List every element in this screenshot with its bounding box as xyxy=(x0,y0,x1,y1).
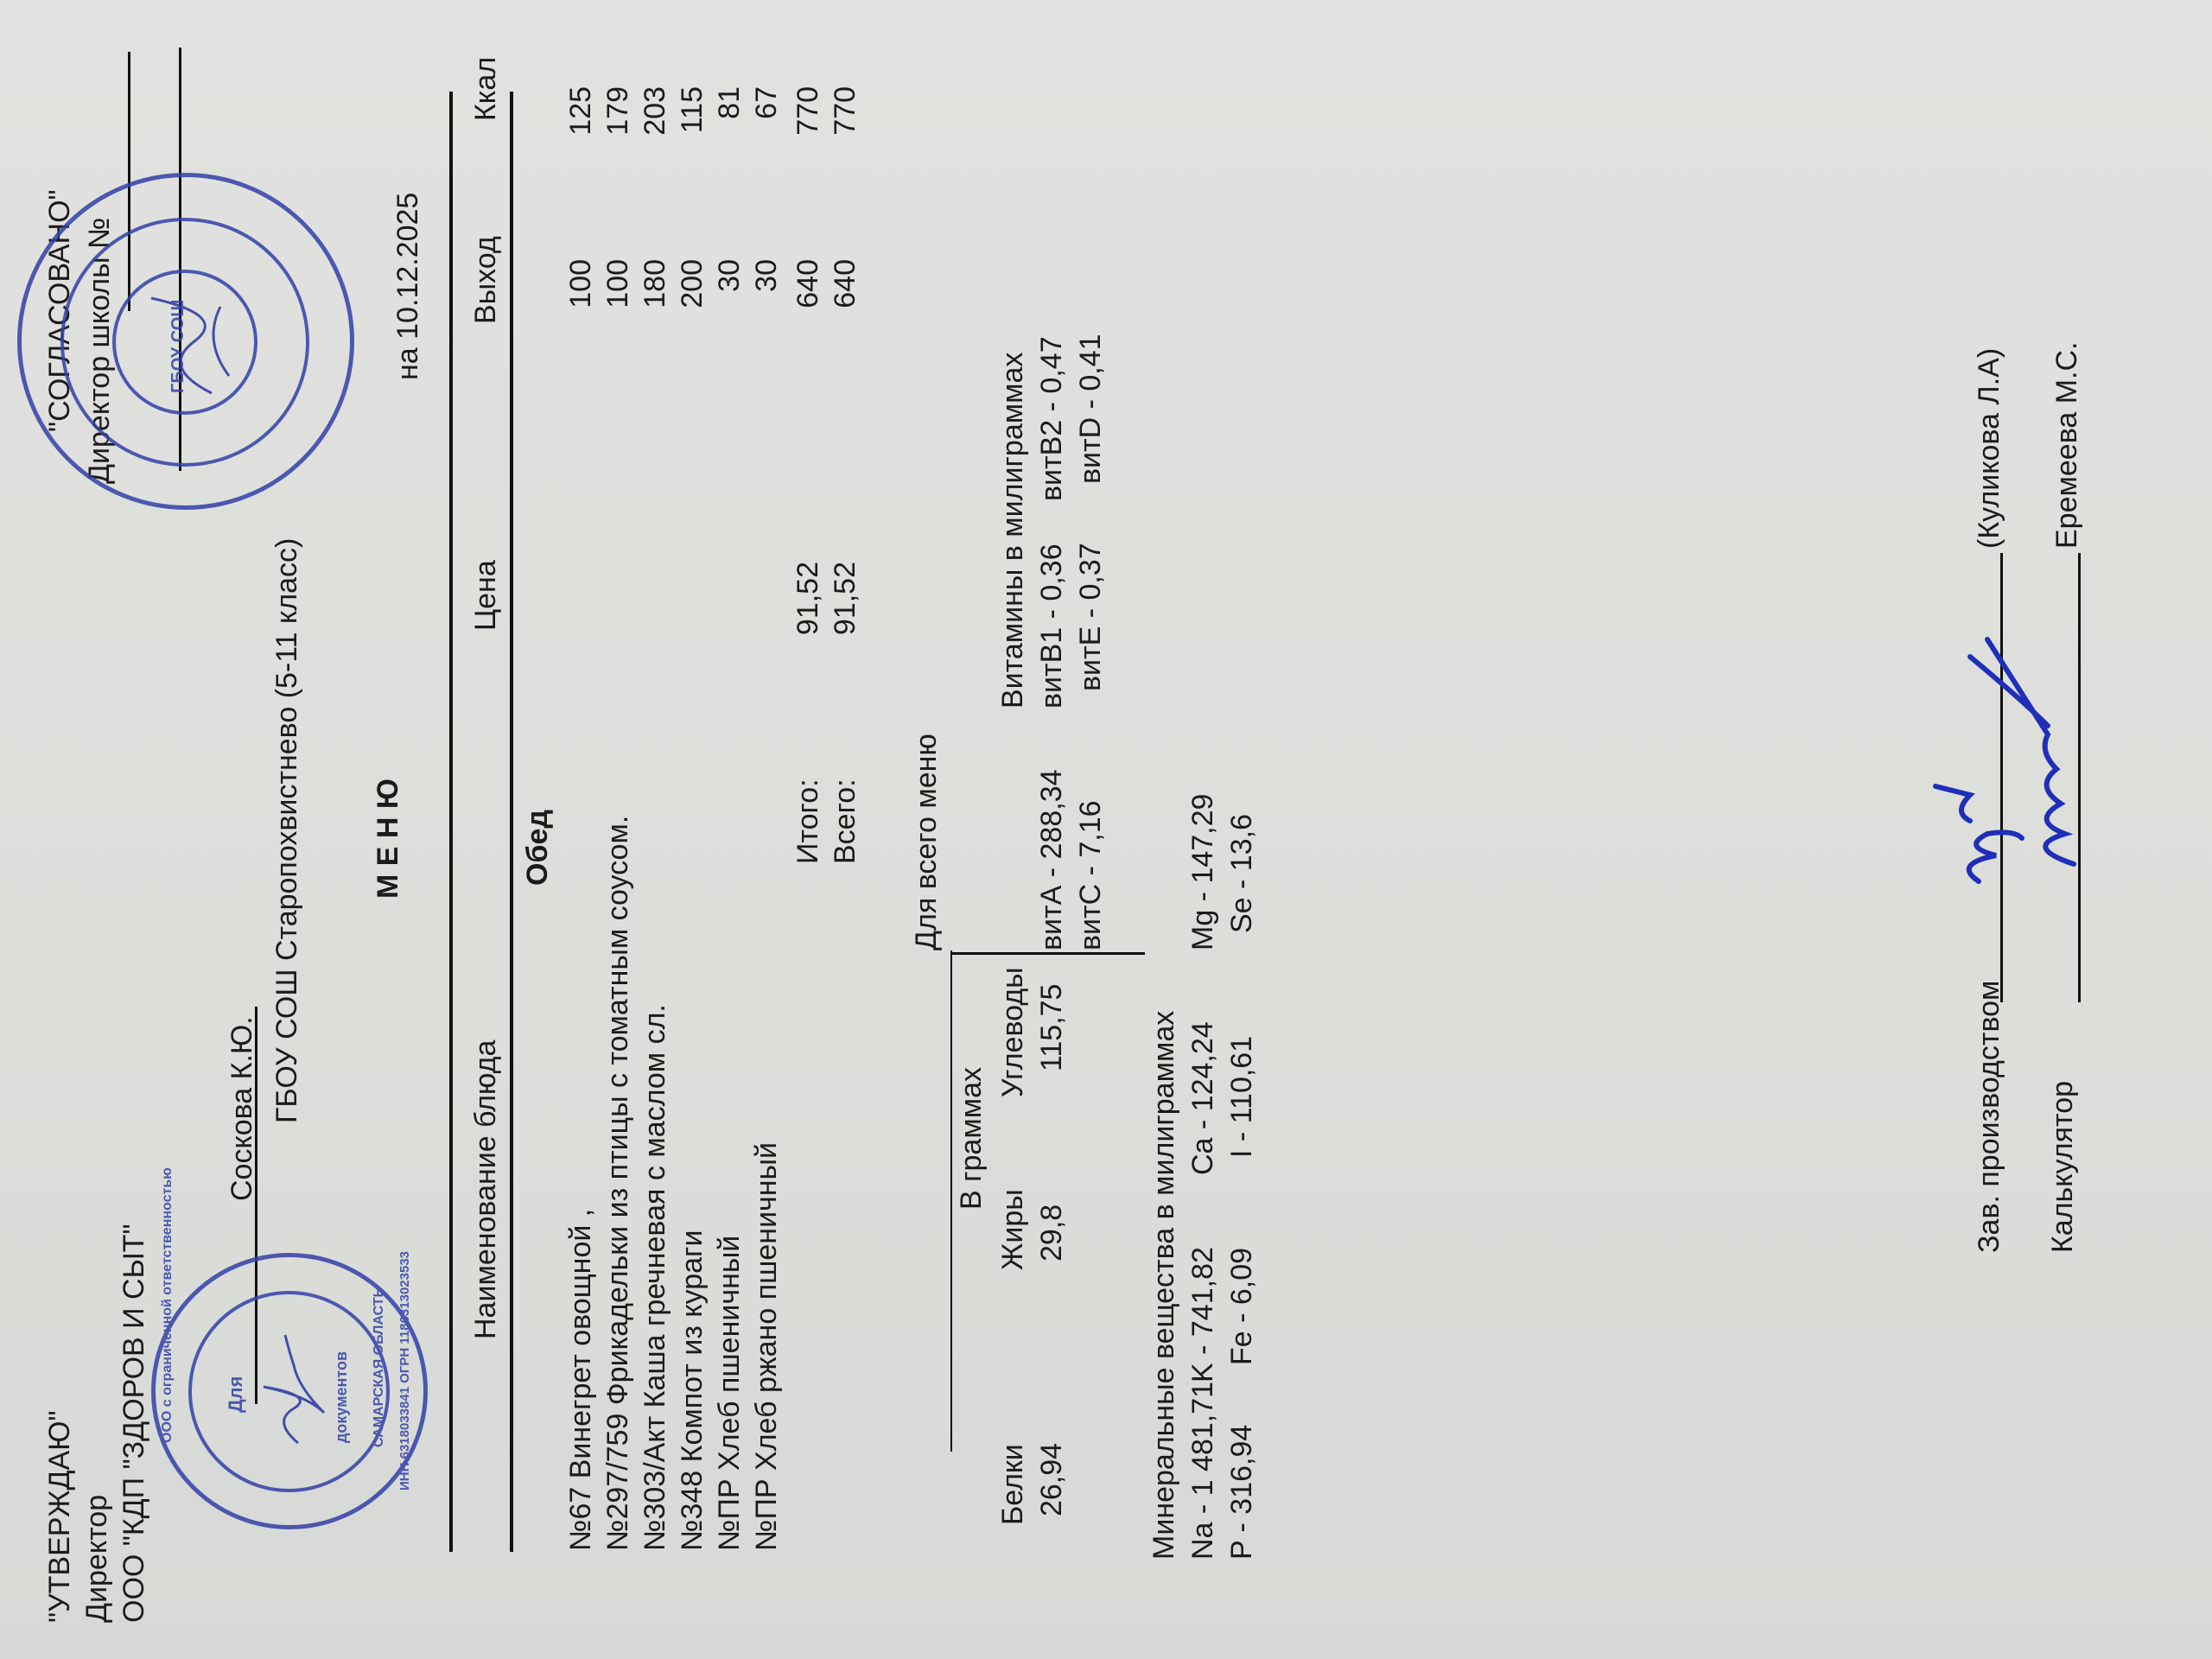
dish-kcal: 125 xyxy=(566,86,595,136)
dish-kcal: 81 xyxy=(715,86,744,119)
macro-value: 26,94 xyxy=(1037,1443,1066,1516)
vitamin-value: витС - 7,16 xyxy=(1076,800,1105,950)
grams-label: В граммах xyxy=(957,1067,986,1210)
vitamin-value: витD - 0,41 xyxy=(1076,334,1105,484)
dish-yield: 100 xyxy=(603,259,632,308)
vitamin-value: витВ1 - 0,36 xyxy=(1037,543,1066,709)
dish-name: №ПР Хлеб пшеничный xyxy=(715,1236,744,1551)
stamp-signature-icon xyxy=(246,1326,333,1447)
approve-name: Соскова К.Ю. xyxy=(227,1016,257,1201)
macro-value: 115,75 xyxy=(1037,984,1066,1071)
vitamin-value: витВ2 - 0,47 xyxy=(1037,336,1066,501)
stamp-signature-icon xyxy=(125,281,246,402)
nutrition-rule-left xyxy=(950,950,952,1452)
total-kcal: 770 xyxy=(830,86,860,136)
mineral-value: Fe - 6,09 xyxy=(1227,1248,1256,1365)
dish-yield: 180 xyxy=(640,259,670,308)
dish-yield: 30 xyxy=(752,259,781,292)
section-title: Обед xyxy=(523,810,552,886)
vitamins-label: Витамины в милиграммах xyxy=(998,353,1027,709)
total-label: Всего: xyxy=(830,779,860,864)
dish-yield: 200 xyxy=(677,259,707,308)
total-label: Итого: xyxy=(793,779,823,864)
vitamins-divider xyxy=(950,952,1145,955)
macro-label: Жиры xyxy=(998,1189,1027,1270)
mineral-value: Ca - 124,24 xyxy=(1188,1021,1217,1175)
menu-document: "УТВЕРЖДАЮ" Директор ООО "КДП "ЗДОРОВ И … xyxy=(0,0,2212,1659)
col-header-kcal: Ккал xyxy=(471,57,500,121)
minerals-label: Минеральные вещества в милиграммах xyxy=(1149,1011,1179,1560)
total-yield: 640 xyxy=(793,259,823,308)
macro-value: 29,8 xyxy=(1037,1205,1066,1262)
signature-name-1: (Куликова Л.А) xyxy=(1974,348,2004,549)
total-kcal: 770 xyxy=(793,86,823,136)
approve-org: ООО "КДП "ЗДОРОВ И СЫТ" xyxy=(119,1224,149,1623)
total-yield: 640 xyxy=(830,259,860,308)
menu-title: М Е Н Ю xyxy=(373,779,403,899)
mineral-value: Mg - 147,29 xyxy=(1188,794,1217,950)
table-header-rule xyxy=(510,92,513,1552)
dish-kcal: 115 xyxy=(677,86,707,133)
total-price: 91,52 xyxy=(830,562,860,635)
col-header-name: Наименование блюда xyxy=(471,1040,500,1339)
mineral-value: Na - 1 481,71 xyxy=(1188,1382,1217,1560)
total-price: 91,52 xyxy=(793,562,823,635)
signature-role-1: Зав. производством xyxy=(1974,981,2004,1253)
dish-yield: 30 xyxy=(715,259,744,292)
dish-kcal: 67 xyxy=(752,86,781,119)
vitamin-value: витЕ - 0,37 xyxy=(1076,543,1105,691)
dish-name: №297/759 Фрикадельки из птицы с томатным… xyxy=(603,816,632,1551)
col-header-price: Цена xyxy=(471,560,500,631)
mineral-value: I - 110,61 xyxy=(1227,1036,1256,1158)
macro-label: Углеводы xyxy=(998,967,1027,1097)
dish-name: №303/Акт Каша гречневая с маслом сл. xyxy=(640,1004,670,1551)
org-stamp: ООО с ограниченной ответственностью Для … xyxy=(151,1253,428,1529)
for-all-menu-label: Для всего меню xyxy=(912,734,941,950)
signature-name-2: Еремеева М.С. xyxy=(2052,342,2082,550)
school-stamp: ГБОУ СОШ xyxy=(17,173,354,510)
col-header-yield: Выход xyxy=(471,236,500,324)
approve-role: Директор xyxy=(82,1495,111,1623)
menu-date: на 10.12.2025 xyxy=(393,193,423,380)
signature-role-2: Калькулятор xyxy=(2048,1081,2077,1253)
school-name: ГБОУ СОШ Старопохвистнево (5-11 класс) xyxy=(272,538,302,1123)
dish-name: №67 Винегрет овощной , xyxy=(566,1209,595,1551)
dish-yield: 100 xyxy=(566,259,595,308)
dish-kcal: 179 xyxy=(603,86,632,136)
mineral-value: P - 316,94 xyxy=(1227,1425,1256,1560)
macro-label: Белки xyxy=(998,1444,1027,1525)
table-top-rule xyxy=(449,92,453,1552)
vitamin-value: витА - 288,34 xyxy=(1037,769,1066,950)
mineral-value: Se - 13,6 xyxy=(1227,814,1256,933)
mineral-value: K - 741,82 xyxy=(1188,1247,1217,1382)
dish-kcal: 203 xyxy=(640,86,670,136)
approve-heading: "УТВЕРЖДАЮ" xyxy=(45,1410,74,1623)
dish-name: №348 Компот из кураги xyxy=(677,1230,707,1551)
handwritten-signature-icon xyxy=(1918,605,2108,916)
dish-name: №ПР Хлеб ржано пшеничный xyxy=(752,1142,781,1551)
